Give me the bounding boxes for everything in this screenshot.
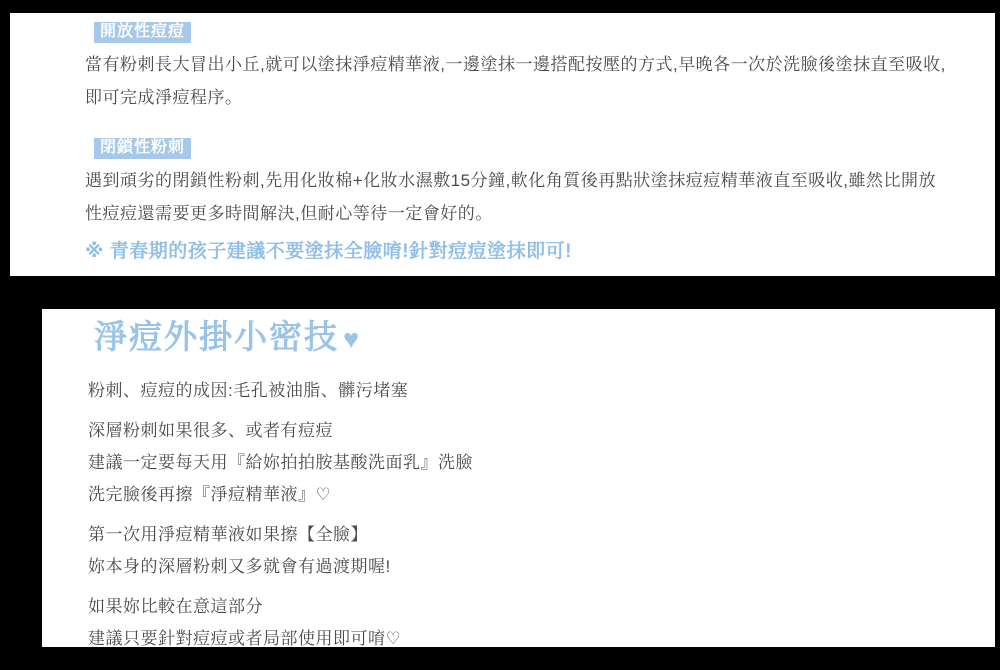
open-acne-paragraph: 當有粉刺長大冒出小丘,就可以塗抹淨痘精華液,一邊塗抹一邊搭配按壓的方式,早晚各一… <box>85 48 953 114</box>
tip-line: 如果妳比較在意這部分 <box>88 591 953 623</box>
closed-comedone-section: 閉鎖性粉刺 遇到頑劣的閉鎖性粉刺,先用化妝棉+化妝水濕敷15分鐘,軟化角質後再點… <box>85 138 953 230</box>
tip-line: 妳本身的深層粉刺又多就會有過渡期喔! <box>88 551 953 583</box>
tip-line: 深層粉刺如果很多、或者有痘痘 <box>88 415 953 447</box>
tips-card: 淨痘外掛小密技♥ 粉刺、痘痘的成因:毛孔被油脂、髒污堵塞 深層粉刺如果很多、或者… <box>42 309 995 647</box>
tips-group-first-use: 第一次用淨痘精華液如果擦【全臉】 妳本身的深層粉刺又多就會有過渡期喔! <box>88 519 953 583</box>
tips-group-local-use: 如果妳比較在意這部分 建議只要針對痘痘或者局部使用即可唷♡ <box>88 591 953 647</box>
tip-line: 建議只要針對痘痘或者局部使用即可唷♡ <box>88 623 953 647</box>
acne-types-card: 開放性痘痘 當有粉刺長大冒出小丘,就可以塗抹淨痘精華液,一邊塗抹一邊搭配按壓的方… <box>10 13 995 276</box>
tip-line: 建議一定要每天用『給妳拍拍胺基酸洗面乳』洗臉 <box>88 447 953 479</box>
closed-comedone-paragraph: 遇到頑劣的閉鎖性粉刺,先用化妝棉+化妝水濕敷15分鐘,軟化角質後再點狀塗抹痘痘精… <box>85 164 953 230</box>
tips-group-cause: 粉刺、痘痘的成因:毛孔被油脂、髒污堵塞 <box>88 375 953 407</box>
open-acne-tag: 開放性痘痘 <box>94 22 191 43</box>
tips-heading-text: 淨痘外掛小密技 <box>94 318 339 355</box>
tip-line: 粉刺、痘痘的成因:毛孔被油脂、髒污堵塞 <box>88 375 953 407</box>
tips-heading: 淨痘外掛小密技♥ <box>94 317 953 359</box>
tip-line: 洗完臉後再擦『淨痘精華液』♡ <box>88 479 953 511</box>
heart-icon: ♥ <box>343 324 359 354</box>
tip-line: 第一次用淨痘精華液如果擦【全臉】 <box>88 519 953 551</box>
tips-group-cleansing: 深層粉刺如果很多、或者有痘痘 建議一定要每天用『給妳拍拍胺基酸洗面乳』洗臉 洗完… <box>88 415 953 511</box>
open-acne-section: 開放性痘痘 當有粉刺長大冒出小丘,就可以塗抹淨痘精華液,一邊塗抹一邊搭配按壓的方… <box>85 22 953 114</box>
closed-comedone-tag: 閉鎖性粉刺 <box>94 138 191 159</box>
teen-usage-note: ※ 青春期的孩子建議不要塗抹全臉唷!針對痘痘塗抹即可! <box>85 238 953 266</box>
